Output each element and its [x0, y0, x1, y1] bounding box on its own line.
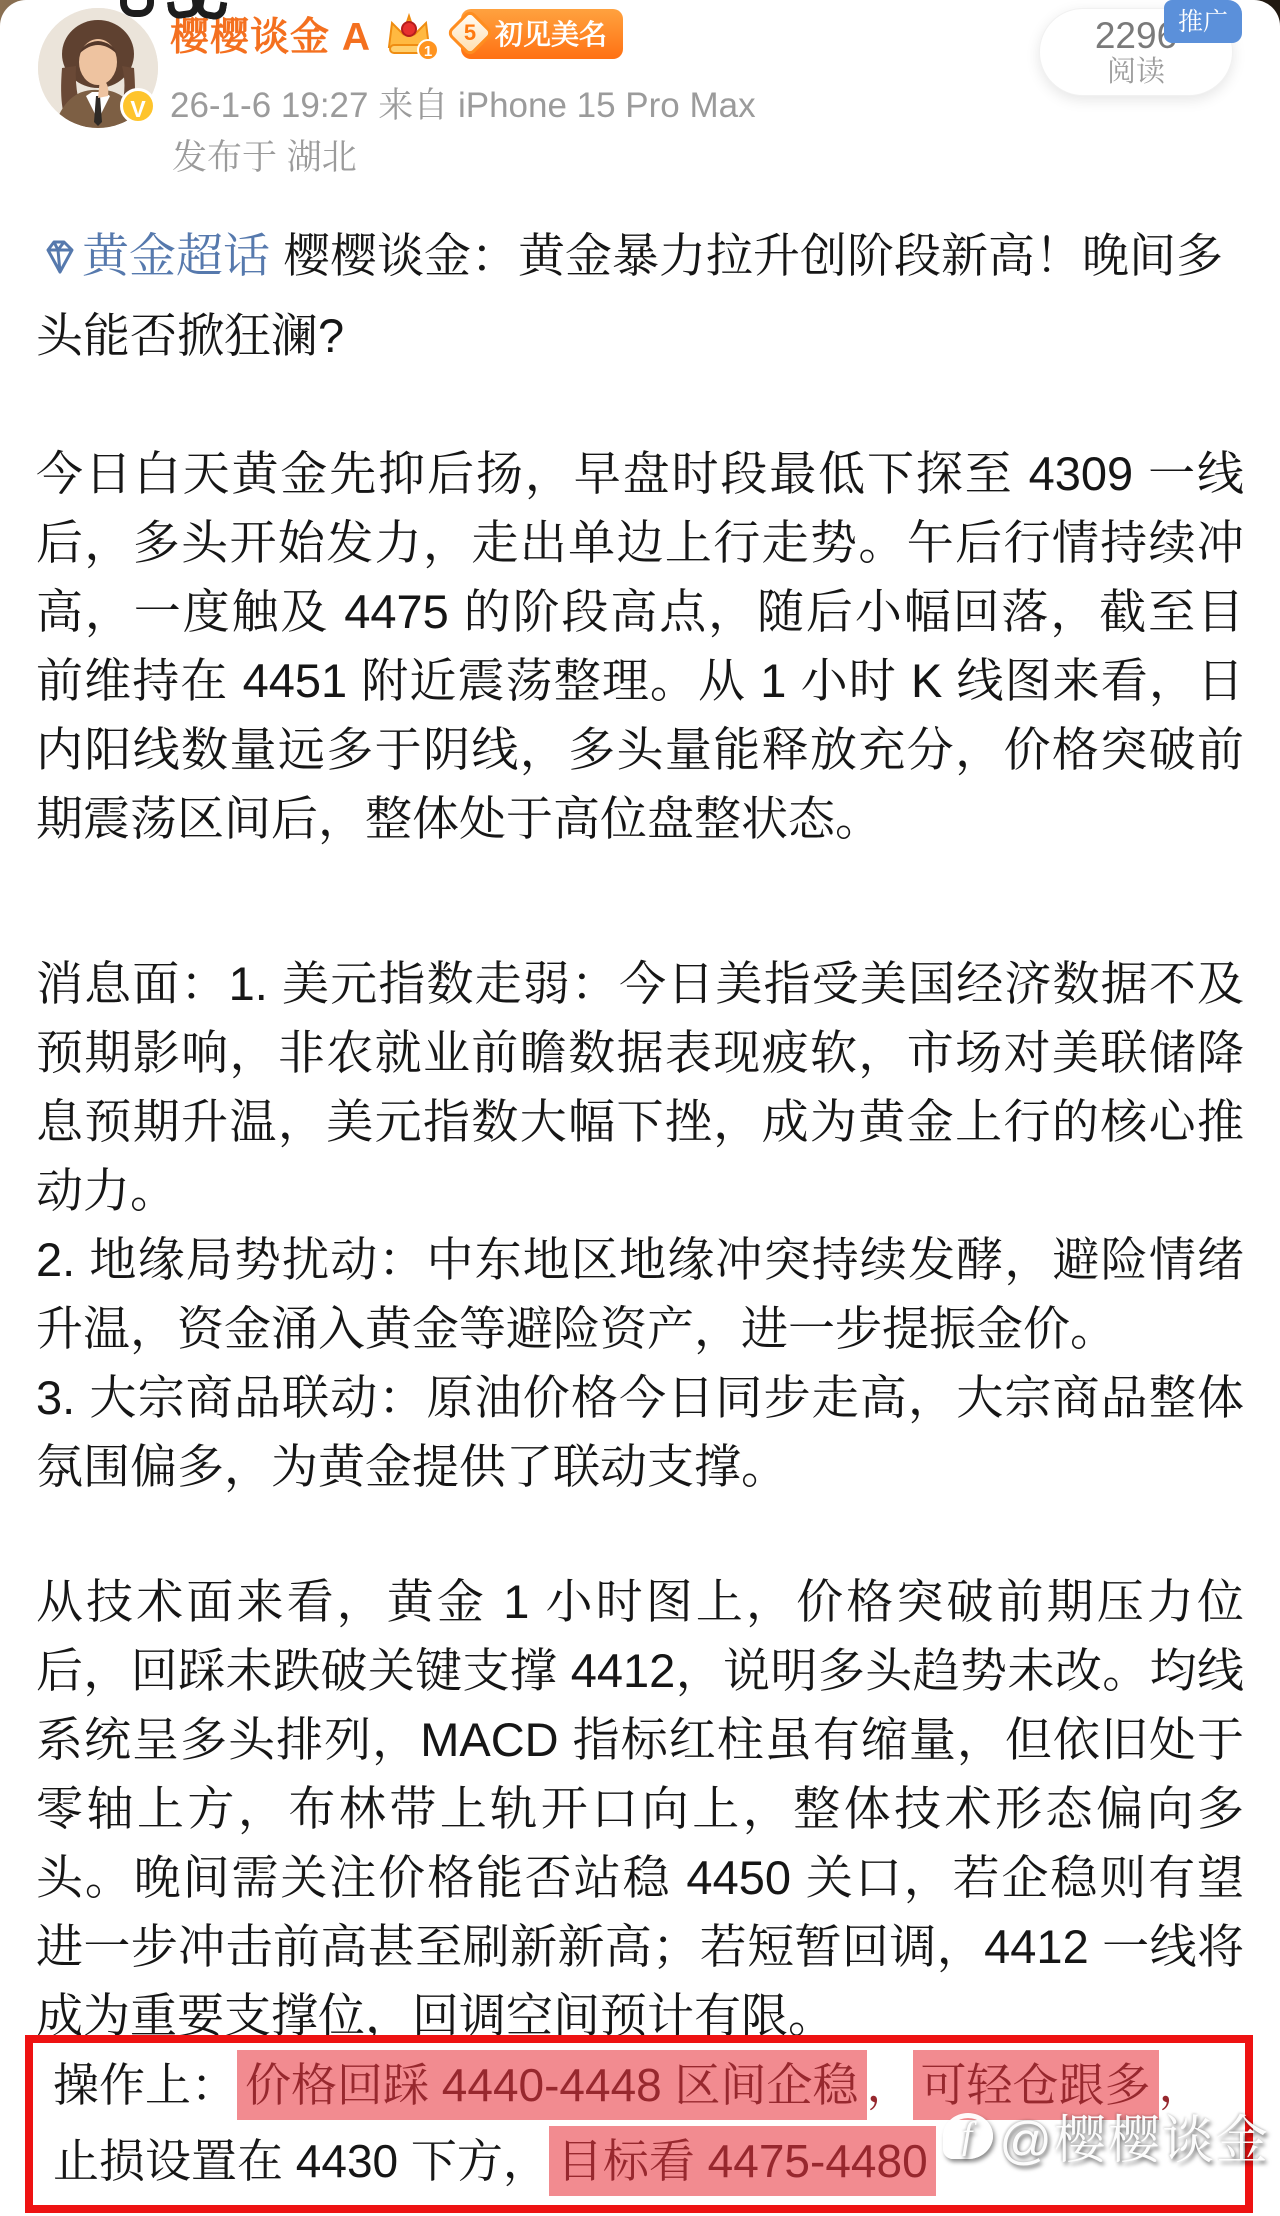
operation-prefix: 操作上：: [53, 2059, 237, 2111]
highlight-target-range: 目标看 4475-4480: [549, 2126, 936, 2196]
timestamp: 26-1-6 19:27: [170, 86, 368, 125]
device-source[interactable]: 来自 iPhone 15 Pro Max: [378, 86, 755, 125]
name-row: 樱樱谈金 A 1 5 初见美名: [170, 8, 623, 60]
news-item-2: 2. 地缘局势扰动：中东地区地缘冲突持续发酵，避险情绪升温，资金涌入黄金等避险资…: [36, 1225, 1244, 1363]
supertopic-link[interactable]: 黄金超话: [36, 229, 283, 282]
fan-level-badge: 5 初见美名: [461, 12, 623, 56]
news-item-1: 消息面：1. 美元指数走弱：今日美指受美国经济数据不及预期影响，非农就业前瞻数据…: [36, 949, 1244, 1225]
promoted-badge: 推广: [1164, 0, 1242, 43]
post-content: 黄金超话 樱樱谈金：黄金暴力拉升创阶段新高！晚间多头能否掀狂澜? 今日白天黄金先…: [0, 219, 1280, 2050]
watermark-handle: @樱樱谈金: [999, 2098, 1270, 2173]
reads-label: 阅读: [1107, 56, 1165, 89]
watermark-bubble-icon: f: [943, 2113, 993, 2159]
separator-comma: ，: [867, 2059, 913, 2111]
post-title: 黄金超话 樱樱谈金：黄金暴力拉升创阶段新高！晚间多头能否掀狂澜?: [36, 219, 1244, 373]
post-header: V 樱樱谈金 A 1 5 初见美名 26-1-6 19:27 来: [0, 0, 1280, 205]
author-watermark: f @樱樱谈金: [943, 2098, 1270, 2173]
highlight-entry-range: 价格回踩 4440-4448 区间企稳: [237, 2050, 867, 2120]
crown-badge: 1: [383, 9, 435, 59]
post-location: 发布于 湖北: [172, 130, 357, 180]
stoploss-text: 止损设置在 4430 下方，: [53, 2135, 549, 2187]
paragraph-news: 消息面：1. 美元指数走弱：今日美指受美国经济数据不及预期影响，非农就业前瞻数据…: [36, 949, 1244, 1501]
verified-v-badge: V: [120, 88, 156, 124]
paragraph-technical: 从技术面来看，黄金 1 小时图上，价格突破前期压力位后，回踩未跌破关键支撑 44…: [36, 1567, 1244, 2050]
crown-level: 1: [417, 39, 439, 61]
post-meta: 26-1-6 19:27 来自 iPhone 15 Pro Max: [170, 78, 756, 128]
post-card: V 樱樱谈金 A 1 5 初见美名 26-1-6 19:27 来: [0, 0, 1280, 2216]
supertopic-gem-icon: [36, 225, 80, 299]
supertopic-label: 黄金超话: [82, 229, 270, 282]
paragraph-market-recap: 今日白天黄金先抑后扬，早盘时段最低下探至 4309 一线后，多头开始发力，走出单…: [36, 439, 1244, 853]
news-item-3: 3. 大宗商品联动：原油价格今日同步走高，大宗商品整体氛围偏多，为黄金提供了联动…: [36, 1363, 1244, 1501]
